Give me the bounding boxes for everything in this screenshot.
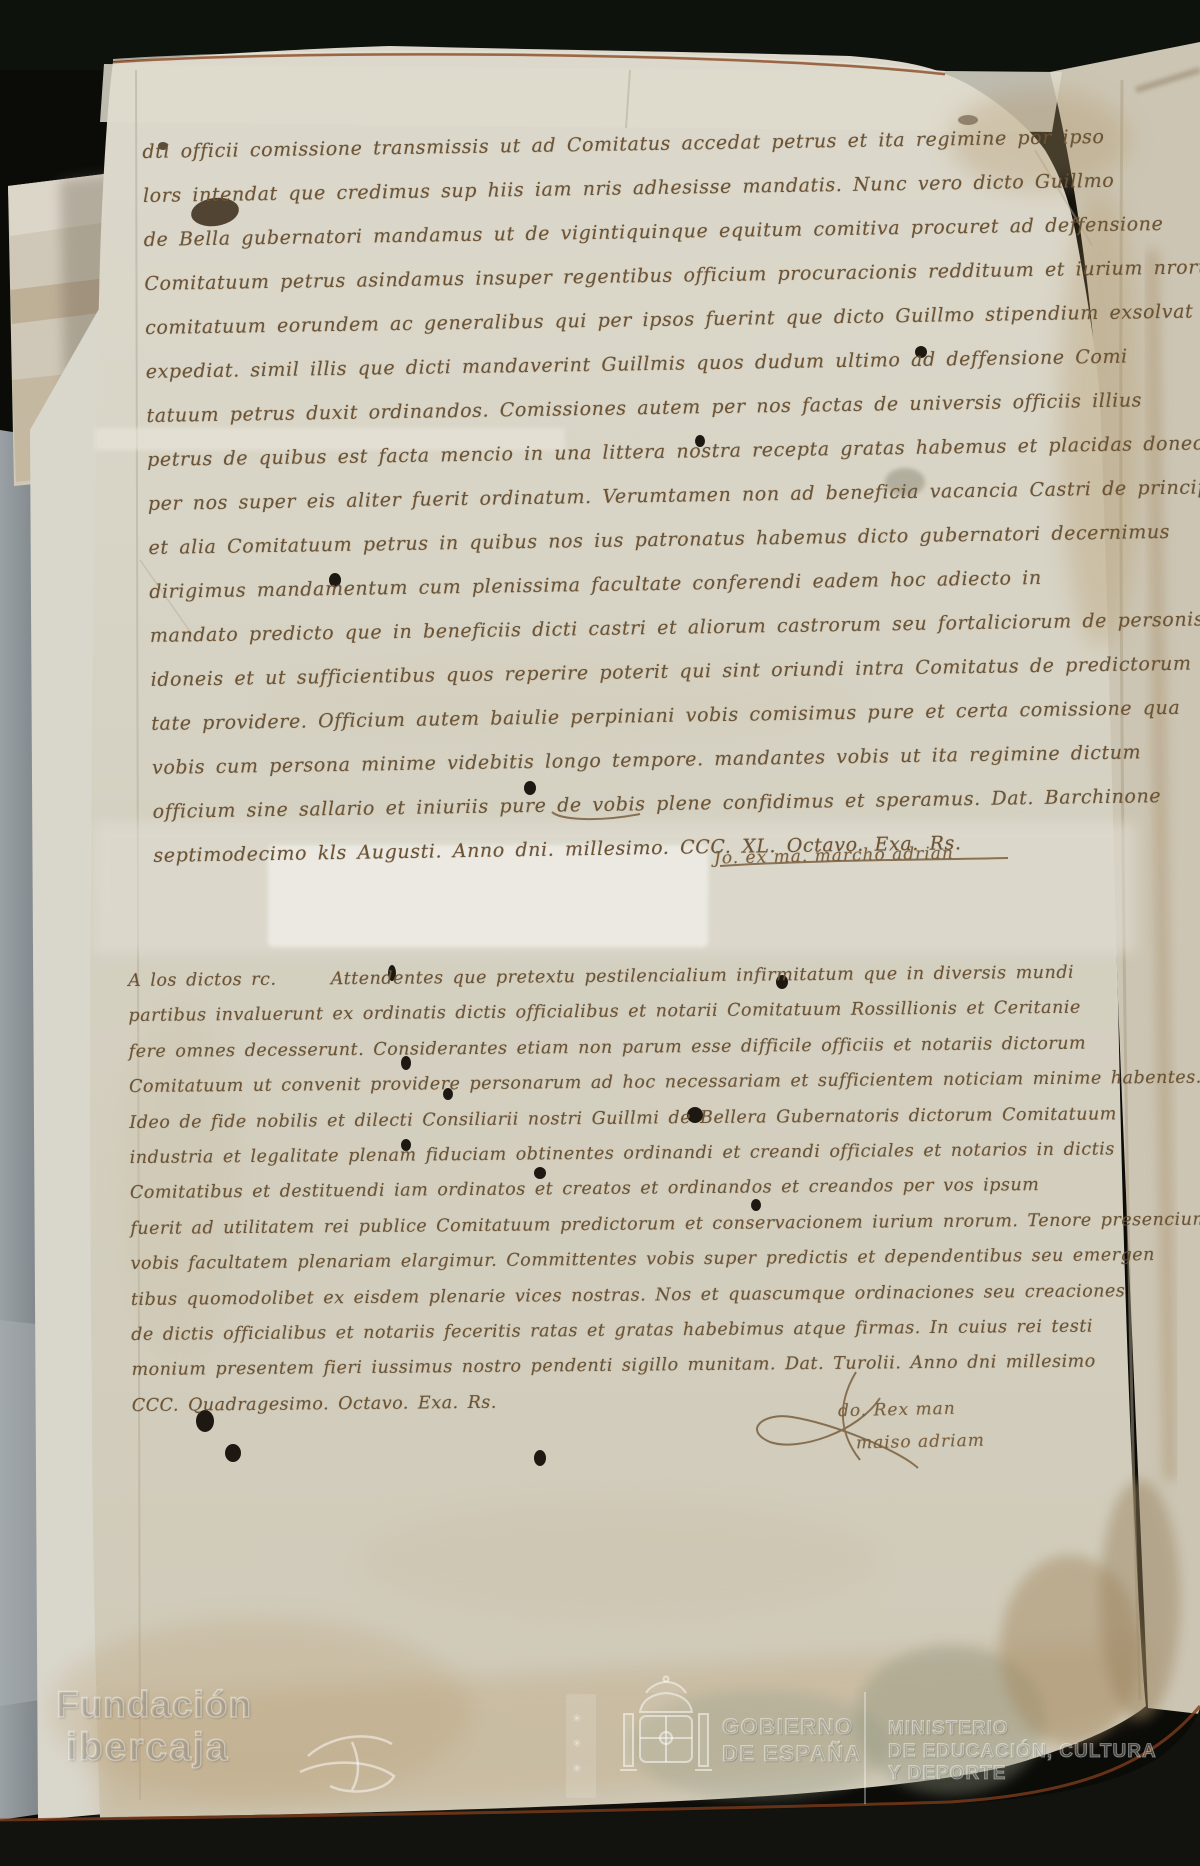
ministerio-watermark-line1: MINISTERIO	[888, 1718, 1009, 1740]
ministerio-watermark-line2: DE EDUCACIÓN, CULTURA	[888, 1741, 1157, 1763]
watermark-divider-line	[864, 1692, 866, 1804]
chancery-note-2-line2: maiso adriam	[856, 1431, 985, 1454]
gobierno-watermark-line1: GOBIERNO	[722, 1714, 854, 1740]
chancery-note-2-line1: do. Rex man	[838, 1399, 956, 1421]
ibercaja-watermark: ibercaja	[66, 1726, 229, 1770]
watermark-stars: ✳ ✳ ✳	[570, 1706, 584, 1781]
gobierno-watermark-line2: DE ESPAÑA	[722, 1741, 862, 1767]
manuscript-text-block-2: A los dictos rc. Attendentes que pretext…	[128, 955, 1122, 1424]
manuscript-photo: dti officii comissione transmissis ut ad…	[0, 0, 1200, 1866]
fundacion-watermark: Fundación	[56, 1684, 252, 1726]
ministerio-watermark-line3: Y DEPORTE	[888, 1763, 1006, 1785]
manuscript-text-block-1: dti officii comissione transmissis ut ad…	[142, 115, 1134, 878]
